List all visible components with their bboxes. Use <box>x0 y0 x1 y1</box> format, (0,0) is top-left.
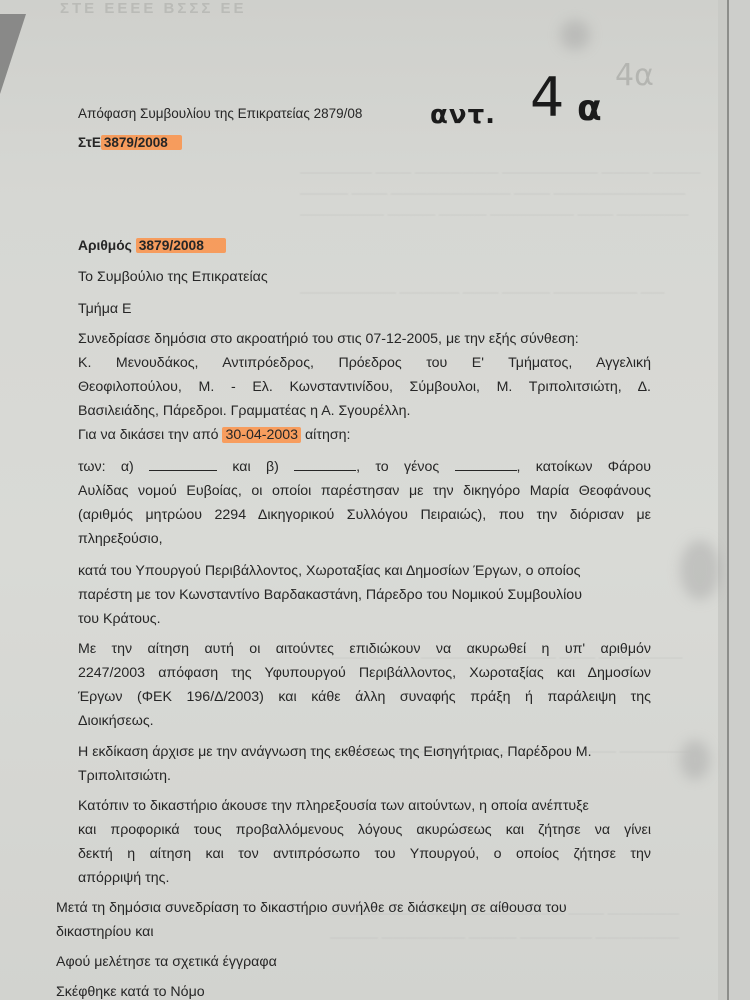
composition-line: Θεοφιλοπούλου, Μ. - Ελ. Κωνσταντινίδου, … <box>78 376 651 400</box>
applicants-residence: , κατοίκων Φάρου <box>517 459 651 475</box>
petition-line: Έργων (ΦΕΚ 196/Δ/2003) και κάθε άλλη συν… <box>78 686 651 710</box>
applicants-line: Αυλίδας νομού Ευβοίας, οι οποίοι παρέστη… <box>78 480 651 504</box>
show-through-text: ———————— ————— ——— ———— ——————— —— <box>300 285 665 299</box>
respondent-line: του Κράτους. <box>78 608 161 632</box>
handwritten-number: 4 <box>530 66 564 129</box>
case-number: Αριθμός 3879/2008 <box>78 234 226 258</box>
case-number-label: Αριθμός <box>78 238 132 253</box>
petition-line: Διοικήσεως. <box>78 710 154 734</box>
applicants-maiden-label: , το γένος <box>356 459 439 475</box>
petition-line: Με την αίτηση αυτή οι αιτούντες επιδιώκο… <box>78 638 651 662</box>
petition-line: 2247/2003 απόφαση της Υφυπουργού Περιβάλ… <box>78 662 651 686</box>
ste-label: ΣτΕ <box>78 135 101 150</box>
section-name: Τμήμα Ε <box>78 298 131 322</box>
redacted-blank <box>294 458 356 471</box>
show-through-text: ———— ——— —————————— ——— ——————————— <box>300 186 685 200</box>
header-title: Απόφαση Συμβουλίου της Επικρατείας 2879/… <box>78 102 362 126</box>
deliberation-line: δικαστηρίου και <box>56 921 154 945</box>
deliberation-line: Μετά τη δημόσια συνεδρίαση το δικαστήριο… <box>56 897 567 921</box>
smudge <box>680 540 720 600</box>
ste-number-highlight: 3879/2008 <box>101 135 182 150</box>
redacted-blank <box>149 458 217 471</box>
applicants-line: των: α) και β) , το γένος , κατοίκων Φάρ… <box>78 456 651 480</box>
arguments-line: δεκτή η αίτηση και τον αντιπρόσωπο του Υ… <box>78 843 651 867</box>
applicants-a-label: των: α) <box>78 459 134 475</box>
composition-line: Βασιλειάδης, Πάρεδροι. Γραμματέας η Α. Σ… <box>78 400 410 424</box>
court-name: Το Συμβούλιο της Επικρατείας <box>78 266 268 290</box>
applicants-line: (αριθμός μητρώου 2294 Δικηγορικού Συλλόγ… <box>78 504 651 528</box>
applicants-b-label: και β) <box>232 459 278 475</box>
composition-line: Συνεδρίασε δημόσια στο ακροατήριό του στ… <box>78 328 579 352</box>
arguments-line: Κατόπιν το δικαστήριο άκουσε την πληρεξο… <box>78 795 589 819</box>
handwritten-prefix: αντ. <box>430 100 496 130</box>
respondent-line: παρέστη με τον Κωνσταντίνο Βαρδακαστάνη,… <box>78 584 582 608</box>
handwritten-letter: α <box>577 88 602 129</box>
show-through-text: ——————— ———— ———— ——————— ——— —————— <box>300 207 689 221</box>
hearing-prefix: Για να δικάσει την από <box>78 427 219 443</box>
hearing-start-line: Η εκδίκαση άρχισε με την ανάγνωση της εκ… <box>78 741 592 765</box>
considered-line: Σκέφθηκε κατά το Νόμο <box>56 981 205 1000</box>
smudge <box>560 20 590 50</box>
redacted-blank <box>455 458 517 471</box>
document-page: ΣΤΕ ΕΕΕΕ ΒΣΣΣ ΕΕ —————— ——— ——————— ————… <box>0 0 718 1000</box>
arguments-line: και προφορικά τους προβαλλόμενους λόγους… <box>78 819 651 843</box>
handwritten-ghost-mark: 4α <box>615 58 654 93</box>
background-strip <box>729 0 750 1000</box>
show-through-text: —————— ——— ——————— ———————— ———— ———— <box>300 165 701 179</box>
hearing-start-line: Τριπολιτσιώτη. <box>78 765 171 789</box>
show-through-text: ———— ——————— ———— —————— ——————— <box>330 930 679 944</box>
composition-line: Κ. Μενουδάκος, Αντιπρόεδρος, Πρόεδρος το… <box>78 352 651 376</box>
studied-line: Αφού μελέτησε τα σχετικά έγγραφα <box>56 951 277 975</box>
ste-reference: ΣτΕ3879/2008 <box>78 131 182 155</box>
bleed-through-text: ΣΤΕ ΕΕΕΕ ΒΣΣΣ ΕΕ <box>60 0 320 18</box>
arguments-line: απόρριψή της. <box>78 867 169 891</box>
hearing-date-highlight: 30-04-2003 <box>222 427 301 443</box>
hearing-line: Για να δικάσει την από 30-04-2003 αίτηση… <box>78 424 350 448</box>
hearing-suffix: αίτηση: <box>305 427 350 443</box>
page-fold-shadow <box>0 14 26 94</box>
respondent-line: κατά του Υπουργού Περιβάλλοντος, Χωροταξ… <box>78 560 581 584</box>
case-number-highlight: 3879/2008 <box>136 238 226 253</box>
applicants-line: πληρεξούσιο, <box>78 528 163 552</box>
